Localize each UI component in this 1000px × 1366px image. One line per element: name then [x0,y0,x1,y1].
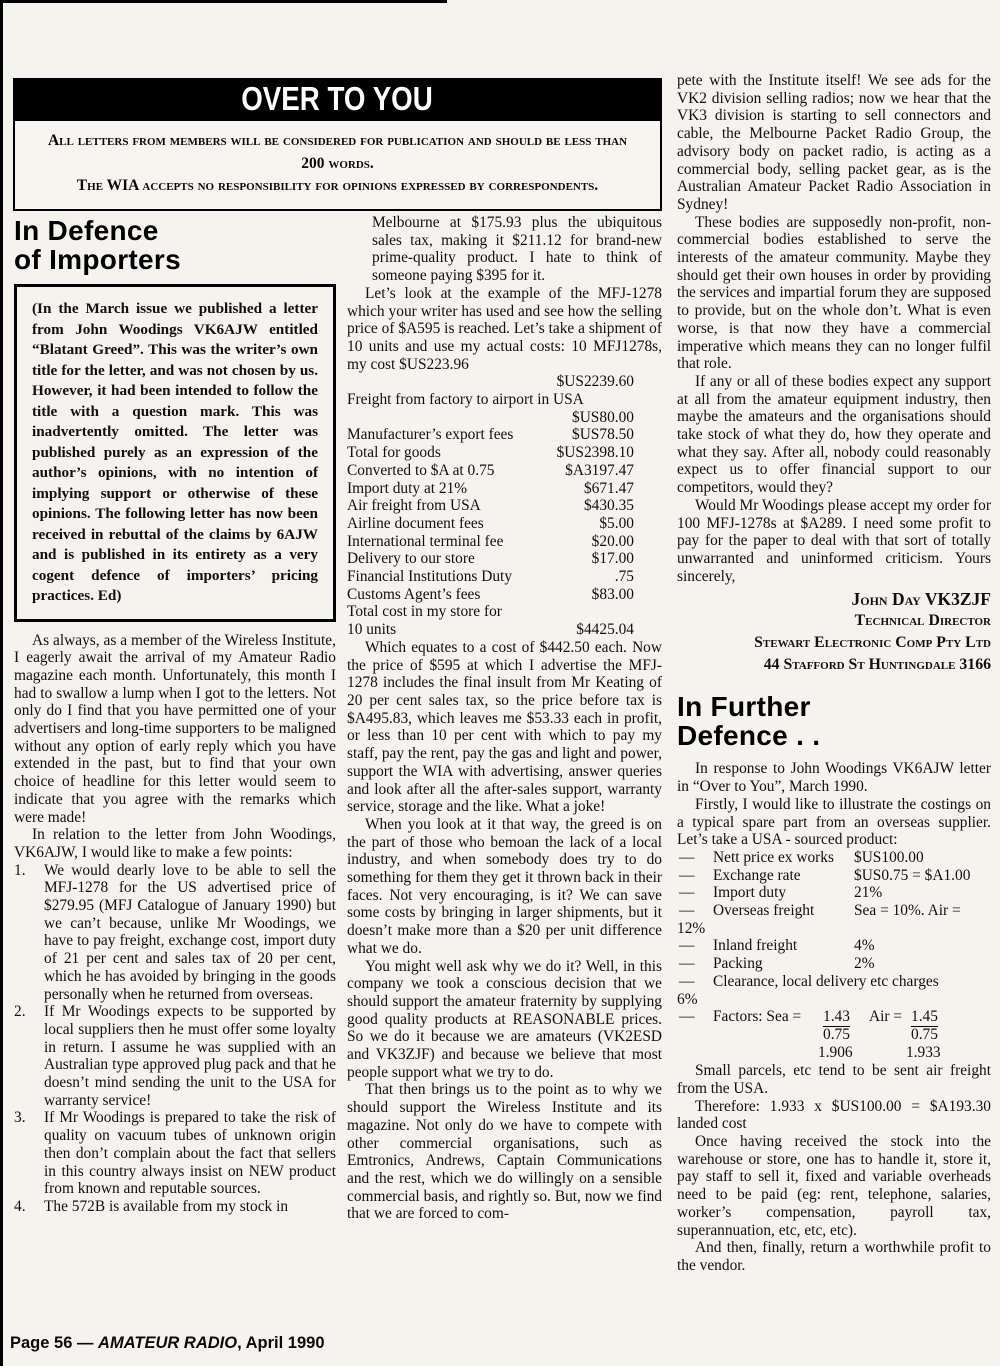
costing-value: $US0.75 = $A1.00 [854,867,970,885]
costing-list: —Nett price ex works$US100.00 —Exchange … [677,849,991,1008]
cost-row: International terminal fee$20.00 [347,533,662,551]
cost-label: Total cost in my store for [347,603,502,621]
cost-row: Air freight from USA$430.35 [347,497,662,515]
factors-line-3: 1.906 1.933 [677,1044,991,1062]
cost-value: $83.00 [592,586,634,604]
air-factor-numerator: 1.45 [911,1008,938,1027]
costing-label: Clearance, local delivery etc charges [713,973,939,990]
cost-value: $US78.50 [572,426,634,444]
sea-factor-numerator: 1.43 [823,1008,850,1027]
scan-edge-line [0,0,3,1366]
page-footer: Page 56 — AMATEUR RADIO, April 1990 [10,1334,325,1353]
cost-label: Delivery to our store [347,550,475,568]
cost-row: Delivery to our store$17.00 [347,550,662,568]
costing-label: Nett price ex works [713,849,834,866]
costing-label: Packing [713,955,763,972]
costing-item: —Nett price ex works$US100.00 [677,849,991,867]
footer-magazine-name: AMATEUR RADIO [98,1334,237,1352]
costing-item: —Inland freight4% [677,937,991,955]
cost-row: $US2239.60 [347,373,662,391]
section-title: OVER TO YOU [242,80,434,118]
cost-value: .75 [615,568,634,586]
numbered-point: 3. If Mr Woodings is prepared to take th… [14,1109,336,1198]
heading-line-1: In Defence [14,216,159,246]
costing-item: —Packing2% [677,955,991,973]
notice-line-1: All letters from members will be conside… [41,130,634,175]
paragraph: Once having received the stock into the … [677,1133,991,1239]
cost-label: Total for goods [347,444,441,462]
dash-bullet: — [679,884,694,902]
cost-label: Air freight from USA [347,497,481,515]
cost-label: Import duty at 21% [347,480,467,498]
paragraph: In relation to the letter from John Wood… [14,826,336,861]
paragraph: Let’s look at the example of the MFJ-127… [347,285,662,374]
dash-bullet: — [679,902,694,920]
heading-line-1: In Further [677,691,811,722]
magazine-page: { "colors": {"paper": "#f5f3ee", "ink": … [0,0,1000,1366]
paragraph: You might well ask why we do it? Well, i… [347,958,662,1082]
air-factor-result: 1.933 [906,1044,941,1062]
heading-line-2: of Importers [14,244,181,275]
cost-row: 10 units$4425.04 [347,621,662,639]
signature-title: Technical Director [677,610,991,632]
costing-value: $US100.00 [854,849,924,867]
paragraph: These bodies are supposedly non-profit, … [677,214,991,373]
paragraph: pete with the Institute itself! We see a… [677,72,991,214]
costing-label: Import duty [713,884,786,901]
costing-item: —Clearance, local delivery etc charges [677,973,991,991]
cost-row: Total for goods$US2398.10 [347,444,662,462]
paragraph: Would Mr Woodings please accept my order… [677,497,991,586]
cost-value: $430.35 [584,497,634,515]
cost-value: $20.00 [592,533,634,551]
numbered-point: 1. We would dearly love to be able to se… [14,862,336,1004]
costing-value: Sea = 10%. Air = [854,902,961,920]
paragraph: Firstly, I would like to illustrate the … [677,796,991,849]
cost-row: Financial Institutions Duty.75 [347,568,662,586]
footer-page-number: Page 56 — [10,1334,98,1352]
point-number: 3. [14,1109,44,1198]
point-text: If Mr Woodings is prepared to take the r… [44,1109,336,1198]
cost-value: $A3197.47 [565,462,634,480]
editor-note-box: (In the March issue we published a lette… [14,284,336,622]
dash-bullet: — [679,867,694,885]
cost-value: $17.00 [592,550,634,568]
paragraph: Small parcels, etc tend to be sent air f… [677,1062,991,1097]
dash-bullet: — [679,955,694,973]
cost-label: International terminal fee [347,533,503,551]
paragraph: Which equates to a cost of $442.50 each.… [347,639,662,816]
signature-company: Stewart Electronic Comp Pty Ltd [677,632,991,654]
scan-top-line [0,0,447,3]
dash-bullet: — [679,937,694,955]
costing-item: —Import duty21% [677,884,991,902]
paragraph: When you look at it that way, the greed … [347,816,662,958]
cost-label: Financial Institutions Duty [347,568,512,586]
cost-value: $4425.04 [576,621,634,639]
cost-label: Manufacturer’s export fees [347,426,513,444]
paragraph: In response to John Woodings VK6AJW lett… [677,760,991,795]
letter2-heading: In Further Defence . . [677,692,991,750]
point-text: We would dearly love to be able to sell … [44,862,336,1004]
numbered-point: 2. If Mr Woodings expects to be supporte… [14,1003,336,1109]
factors-line-1: — Factors: Sea = 1.43 Air = 1.45 [677,1008,991,1026]
dash-bullet: — [679,973,694,991]
factors-block: — Factors: Sea = 1.43 Air = 1.45 0.75 0.… [677,1008,991,1062]
costing-label: Inland freight [713,937,797,954]
heading-line-2: Defence . . [677,720,820,751]
signature-address: 44 Stafford St Huntingdale 3166 [677,654,991,676]
costing-value: 2% [854,955,875,973]
costing-continuation: 12% [677,920,991,938]
point-text: If Mr Woodings expects to be supported b… [44,1003,336,1109]
cost-label: Customs Agent’s fees [347,586,480,604]
dash-bullet: — [679,849,694,867]
signature-block: John Day VK3ZJF Technical Director Stewa… [677,588,991,676]
cost-label: Airline document fees [347,515,484,533]
letter1-heading: In Defence of Importers [14,216,336,274]
section-banner: OVER TO YOU [13,78,662,119]
costing-label: Exchange rate [713,867,801,884]
cost-value: $US2239.60 [557,373,634,391]
cost-row: Manufacturer’s export fees$US78.50 [347,426,662,444]
sea-factor-result: 1.906 [818,1044,853,1062]
column-middle: Melbourne at $175.93 plus the ubiquitous… [347,214,662,1342]
cost-label: Freight from factory to airport in USA [347,391,584,409]
paragraph: If any or all of these bodies expect any… [677,373,991,497]
costing-item: —Exchange rate$US0.75 = $A1.00 [677,867,991,885]
cost-value: $671.47 [584,480,634,498]
numbered-point: 4. The 572B is available from my stock i… [14,1198,336,1216]
submission-notice: All letters from members will be conside… [13,119,662,211]
cost-value: $US80.00 [572,409,634,427]
air-factor-label: Air = [869,1008,902,1026]
paragraph: That then brings us to the point as to w… [347,1081,662,1223]
factors-prefix: Factors: Sea = [713,1008,801,1026]
cost-row: Converted to $A at 0.75$A3197.47 [347,462,662,480]
signature-name: John Day VK3ZJF [677,588,991,610]
paragraph: And then, finally, return a worthwhile p… [677,1239,991,1274]
cost-row: Import duty at 21%$671.47 [347,480,662,498]
dash-bullet: — [679,1008,694,1026]
cost-value: $US2398.10 [557,444,634,462]
cost-row: Freight from factory to airport in USA [347,391,662,409]
air-factor-denominator: 0.75 [911,1026,938,1044]
costing-continuation: 6% [677,991,991,1009]
costing-item: —Overseas freightSea = 10%. Air = [677,902,991,920]
costing-label: Overseas freight [713,902,814,919]
paragraph: Therefore: 1.933 x $US100.00 = $A193.30 … [677,1098,991,1133]
column-right: pete with the Institute itself! We see a… [677,72,991,1334]
factors-line-2: 0.75 0.75 [677,1026,991,1044]
sea-factor-denominator: 0.75 [823,1026,850,1044]
footer-issue-date: , April 1990 [237,1334,324,1352]
cost-row: Airline document fees$5.00 [347,515,662,533]
cost-label: Converted to $A at 0.75 [347,462,494,480]
notice-line-2: The WIA accepts no responsibility for op… [41,175,634,198]
point-number: 1. [14,862,44,1004]
costing-value: 4% [854,937,875,955]
column-left: In Defence of Importers (In the March is… [14,216,336,1336]
point-continuation: Melbourne at $175.93 plus the ubiquitous… [347,214,662,285]
cost-row: Customs Agent’s fees$83.00 [347,586,662,604]
cost-row: Total cost in my store for [347,603,662,621]
cost-value: $5.00 [599,515,634,533]
point-number: 4. [14,1198,44,1216]
paragraph: As always, as a member of the Wireless I… [14,632,336,827]
cost-table: $US2239.60 Freight from factory to airpo… [347,373,662,639]
cost-label: 10 units [347,621,396,639]
point-text: The 572B is available from my stock in [44,1198,336,1216]
point-number: 2. [14,1003,44,1109]
costing-value: 21% [854,884,882,902]
cost-row: $US80.00 [347,409,662,427]
